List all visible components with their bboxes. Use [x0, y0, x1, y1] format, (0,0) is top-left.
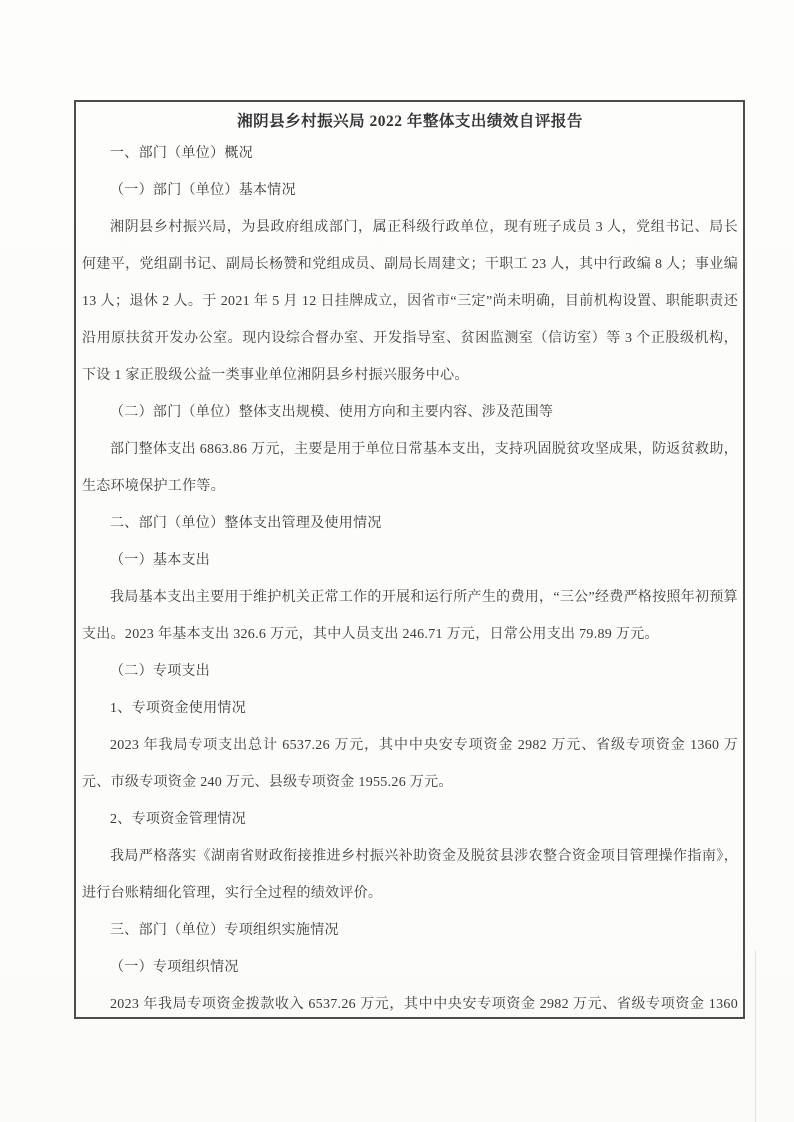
paragraph: 我局严格落实《湖南省财政衔接推进乡村振兴补助资金及脱贫县涉农整合资金项目管理操作… — [82, 838, 738, 912]
paragraph: 我局基本支出主要用于维护机关正常工作的开展和运行所产生的费用，“三公”经费严格按… — [82, 579, 738, 653]
paragraph: 部门整体支出 6863.86 万元，主要是用于单位日常基本支出，支持巩固脱贫攻坚… — [82, 431, 738, 505]
document-border-box: 湘阴县乡村振兴局 2022 年整体支出绩效自评报告 一、部门（单位）概况（一）部… — [74, 100, 745, 1019]
scan-artifact-line — [755, 950, 756, 1122]
paragraph: 2023 年我局专项支出总计 6537.26 万元，其中中央安专项资金 2982… — [82, 727, 738, 801]
paragraph: 湘阴县乡村振兴局，为县政府组成部门，属正科级行政单位，现有班子成员 3 人，党组… — [82, 209, 738, 394]
section-heading: （二）专项支出 — [82, 653, 738, 690]
section-heading: （一）基本支出 — [82, 542, 738, 579]
section-heading: 二、部门（单位）整体支出管理及使用情况 — [82, 505, 738, 542]
section-heading: （一）专项组织情况 — [82, 949, 738, 986]
section-heading: 三、部门（单位）专项组织实施情况 — [82, 912, 738, 949]
section-heading: 2、专项资金管理情况 — [82, 801, 738, 838]
section-heading: 一、部门（单位）概况 — [82, 135, 738, 172]
paragraph: 2023 年我局专项资金拨款收入 6537.26 万元，其中中央安专项资金 29… — [82, 986, 738, 1019]
document-title: 湘阴县乡村振兴局 2022 年整体支出绩效自评报告 — [82, 109, 738, 135]
scanned-page: 湘阴县乡村振兴局 2022 年整体支出绩效自评报告 一、部门（单位）概况（一）部… — [0, 0, 794, 1122]
paragraph-list: 一、部门（单位）概况（一）部门（单位）基本情况湘阴县乡村振兴局，为县政府组成部门… — [82, 135, 738, 1019]
section-heading: （一）部门（单位）基本情况 — [82, 172, 738, 209]
section-heading: （二）部门（单位）整体支出规模、使用方向和主要内容、涉及范围等 — [82, 394, 738, 431]
document-content: 湘阴县乡村振兴局 2022 年整体支出绩效自评报告 一、部门（单位）概况（一）部… — [76, 102, 743, 1019]
section-heading: 1、专项资金使用情况 — [82, 690, 738, 727]
